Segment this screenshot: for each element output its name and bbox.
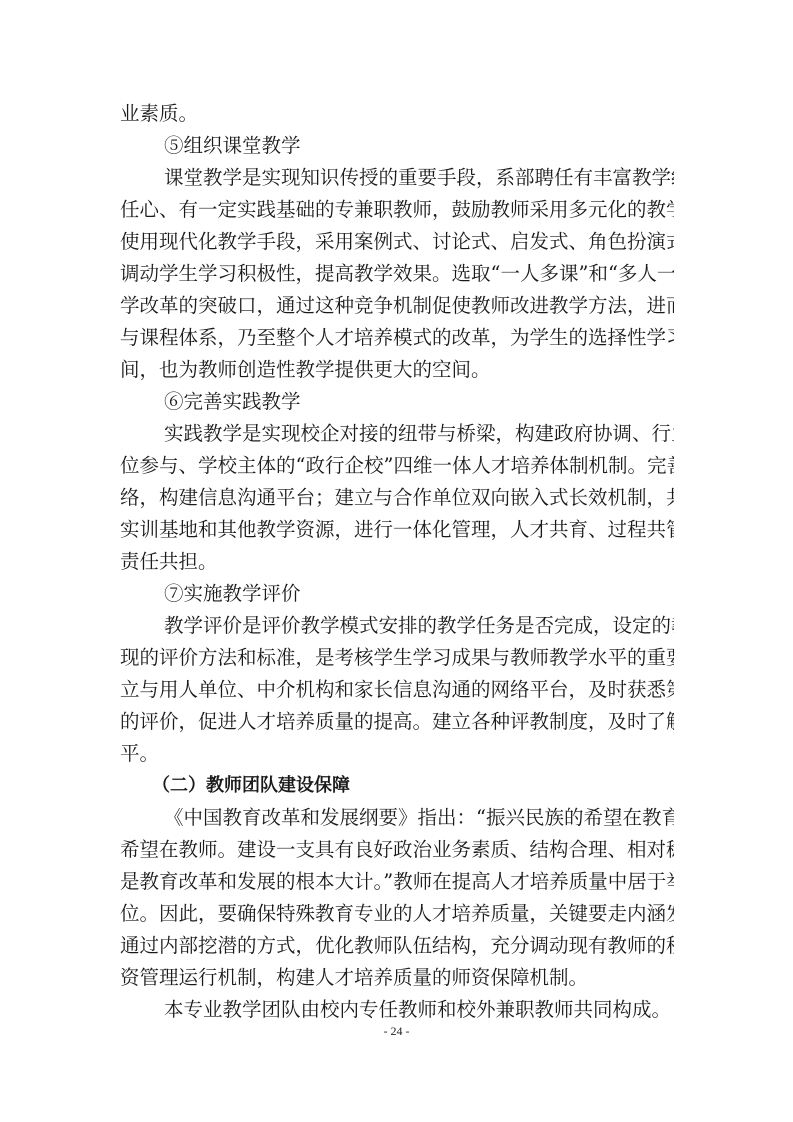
paragraph-first-line: 本专业教学团队由校内专任教师和校外兼职教师共同构成。 bbox=[120, 994, 674, 1026]
text-line: 通过内部挖潜的方式，优化教师队伍结构，充分调动现有教师的积极性，完善师 bbox=[120, 930, 674, 962]
subsection-title: ⑦实施教学评价 bbox=[120, 578, 674, 610]
paragraph-first-line: 课堂教学是实现知识传授的重要手段，系部聘任有丰富教学经验、有较强责 bbox=[120, 162, 674, 194]
text-line: 实训基地和其他教学资源，进行一体化管理，人才共育、过程共管、成果共享、 bbox=[120, 514, 674, 546]
body-text: 业素质。⑤组织课堂教学课堂教学是实现知识传授的重要手段，系部聘任有丰富教学经验、… bbox=[120, 98, 674, 1026]
subsection-title: ⑥完善实践教学 bbox=[120, 386, 674, 418]
text-line: 间，也为教师创造性教学提供更大的空间。 bbox=[120, 354, 674, 386]
text-line: 的评价，促进人才培养质量的提高。建立各种评教制度，及时了解教师的教学水 bbox=[120, 706, 674, 738]
text-line: 业素质。 bbox=[120, 98, 674, 130]
text-line: 与课程体系，乃至整个人才培养模式的改革，为学生的选择性学习提供更大的空 bbox=[120, 322, 674, 354]
document-page: 业素质。⑤组织课堂教学课堂教学是实现知识传授的重要手段，系部聘任有丰富教学经验、… bbox=[0, 0, 793, 1122]
text-line: 络，构建信息沟通平台；建立与合作单位双向嵌入式长效机制，共建共享校内外 bbox=[120, 482, 674, 514]
paragraph-first-line: 《中国教育改革和发展纲要》指出：“振兴民族的希望在教育，振兴教育的 bbox=[120, 802, 674, 834]
paragraph-first-line: 教学评价是评价教学模式安排的教学任务是否完成，设定的教学目标是否实 bbox=[120, 610, 674, 642]
page-number: - 24 - bbox=[0, 1024, 793, 1039]
text-line: 使用现代化教学手段，采用案例式、讨论式、启发式、角色扮演式等教学方法， bbox=[120, 226, 674, 258]
text-line: 学改革的突破口，通过这种竞争机制促使教师改进教学方法，进而带动教学内容 bbox=[120, 290, 674, 322]
text-line: 现的评价方法和标准，是考核学生学习成果与教师教学水平的重要尺度。学校建 bbox=[120, 642, 674, 674]
text-line: 立与用人单位、中介机构和家长信息沟通的网络平台，及时获悉第三方对毕业生 bbox=[120, 674, 674, 706]
section-heading: （二）教师团队建设保障 bbox=[120, 770, 674, 802]
paragraph-first-line: 实践教学是实现校企对接的纽带与桥梁，构建政府协调、行业指导、用人单 bbox=[120, 418, 674, 450]
text-line: 资管理运行机制，构建人才培养质量的师资保障机制。 bbox=[120, 962, 674, 994]
text-line: 位参与、学校主体的“政行企校”四维一体人才培养体制机制。完善校企合作网 bbox=[120, 450, 674, 482]
text-line: 责任共担。 bbox=[120, 546, 674, 578]
text-line: 位。因此，要确保特殊教育专业的人才培养质量，关键要走内涵发展为主的道路， bbox=[120, 898, 674, 930]
subsection-title: ⑤组织课堂教学 bbox=[120, 130, 674, 162]
text-line: 调动学生学习积极性，提高教学效果。选取“一人多课”和“多人一课”作为教 bbox=[120, 258, 674, 290]
text-line: 是教育改革和发展的根本大计。”教师在提高人才培养质量中居于举足轻重的地 bbox=[120, 866, 674, 898]
text-line: 任心、有一定实践基础的专兼职教师，鼓励教师采用多元化的教学手段和方法， bbox=[120, 194, 674, 226]
text-line: 希望在教师。建设一支具有良好政治业务素质、结构合理、相对稳定的教师队伍， bbox=[120, 834, 674, 866]
text-line: 平。 bbox=[120, 738, 674, 770]
